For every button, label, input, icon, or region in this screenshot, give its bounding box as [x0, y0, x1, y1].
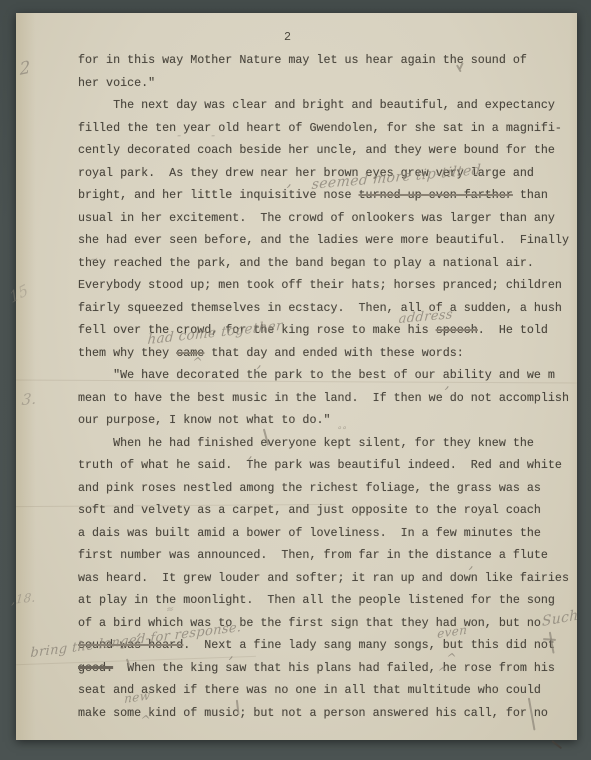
- typed-text: When the king saw that his plans had fai…: [113, 661, 555, 675]
- typed-line: and pink roses nestled among the richest…: [78, 481, 541, 496]
- typed-line: Everybody stood up; men took off their h…: [78, 278, 562, 293]
- typed-text: them why they: [78, 346, 176, 360]
- typed-text: mean to have the best music in the land.…: [78, 391, 569, 405]
- typed-text: our purpose, I know not what to do.": [78, 413, 331, 427]
- typed-text: soft and velvety as a carpet, and just o…: [78, 503, 541, 517]
- typed-line: fairly squeezed themselves in ecstacy. T…: [78, 301, 562, 316]
- typed-line: good. When the king saw that his plans h…: [78, 661, 555, 676]
- typed-line: usual in her excitement. The crowd of on…: [78, 211, 555, 226]
- pencil-note-margin-3: 3.: [21, 389, 38, 409]
- pencil-note-margin-check-2: 2: [19, 57, 31, 80]
- pencil-note-caret-kind: ^: [139, 713, 152, 727]
- typed-line: mean to have the best music in the land.…: [78, 391, 569, 406]
- typed-line: of a bird which was to be the first sign…: [78, 616, 541, 631]
- struck-text: speech: [436, 323, 478, 337]
- typed-text: that day and ended with these words:: [204, 346, 464, 360]
- typed-line: truth of what he said. The park was beau…: [78, 458, 562, 473]
- pencil-note-bird-squiggle: ≈: [166, 603, 175, 616]
- typed-text: fairly squeezed themselves in ecstacy. T…: [78, 301, 562, 315]
- typed-line: filled the ten year old heart of Gwendol…: [78, 121, 562, 136]
- typed-line: cently decorated coach beside her uncle,…: [78, 143, 555, 158]
- pencil-note-such: Such: [542, 607, 579, 630]
- manuscript-photo: 2 for in this way Mother Nature may let …: [0, 0, 591, 760]
- typed-line: a dais was built amid a bower of lovelin…: [78, 526, 541, 541]
- pencil-note-caret-he-rose: ^: [436, 665, 449, 679]
- typed-text: a dais was built amid a bower of lovelin…: [78, 526, 541, 540]
- typed-line: her voice.": [78, 76, 155, 91]
- typed-text: for in this way Mother Nature may let us…: [78, 53, 527, 67]
- pencil-note-margin-18: ,18.: [11, 590, 36, 607]
- typed-text: they reached the park, and the band bega…: [78, 256, 534, 270]
- typed-line: our purpose, I know not what to do.": [78, 413, 331, 428]
- typed-line: them why they came that day and ended wi…: [78, 346, 464, 361]
- typed-text: first number was announced. Then, from f…: [78, 548, 548, 562]
- typed-line: she had ever seen before, and the ladies…: [78, 233, 569, 248]
- struck-text: good.: [78, 661, 113, 675]
- content-layer: 2 for in this way Mother Nature may let …: [0, 0, 591, 760]
- typed-text: cently decorated coach beside her uncle,…: [78, 143, 555, 157]
- typed-line: at play in the moonlight. Then all the p…: [78, 593, 555, 608]
- page-number: 2: [284, 30, 291, 44]
- typed-line: "We have decorated the park to the best …: [78, 368, 555, 383]
- typed-text: The next day was clear and bright and be…: [78, 98, 555, 112]
- typed-text: and pink roses nestled among the richest…: [78, 481, 541, 495]
- typed-text: usual in her excitement. The crowd of on…: [78, 211, 555, 225]
- typed-text: of a bird which was to be the first sign…: [78, 616, 541, 630]
- typed-line: was heard. It grew louder and softer; it…: [78, 571, 569, 586]
- typed-text: she had ever seen before, and the ladies…: [78, 233, 569, 247]
- typed-line: When he had finished everyone kept silen…: [78, 436, 534, 451]
- typed-text: . He told: [478, 323, 548, 337]
- pencil-note-kept-marks: °°: [336, 426, 348, 436]
- typed-text: her voice.": [78, 76, 155, 90]
- pencil-note-new: new: [124, 688, 151, 706]
- typed-text: truth of what he said. The park was beau…: [78, 458, 562, 472]
- pencil-note-they-mark: ~: [89, 251, 99, 267]
- struck-text: turned up even farther: [359, 188, 513, 202]
- typed-text: Everybody stood up; men took off their h…: [78, 278, 562, 292]
- typed-text: at play in the moonlight. Then all the p…: [78, 593, 555, 607]
- typed-text: "We have decorated the park to the best …: [78, 368, 555, 382]
- typed-line: soft and velvety as a carpet, and just o…: [78, 503, 541, 518]
- typed-line: they reached the park, and the band bega…: [78, 256, 534, 271]
- typed-line: first number was announced. Then, from f…: [78, 548, 548, 563]
- pencil-stroke-corner-mark: [551, 740, 562, 749]
- typed-text: was heard. It grew louder and softer; it…: [78, 571, 569, 585]
- typed-text: filled the ten year old heart of Gwendol…: [78, 121, 562, 135]
- pencil-note-caret-day: ^: [191, 355, 204, 369]
- typed-text: than: [513, 188, 548, 202]
- typed-text: . Next a fine lady sang many songs, but …: [183, 638, 555, 652]
- typed-line: The next day was clear and bright and be…: [78, 98, 555, 113]
- pencil-note-margin-15: 15: [7, 280, 30, 307]
- typed-text: When he had finished everyone kept silen…: [78, 436, 534, 450]
